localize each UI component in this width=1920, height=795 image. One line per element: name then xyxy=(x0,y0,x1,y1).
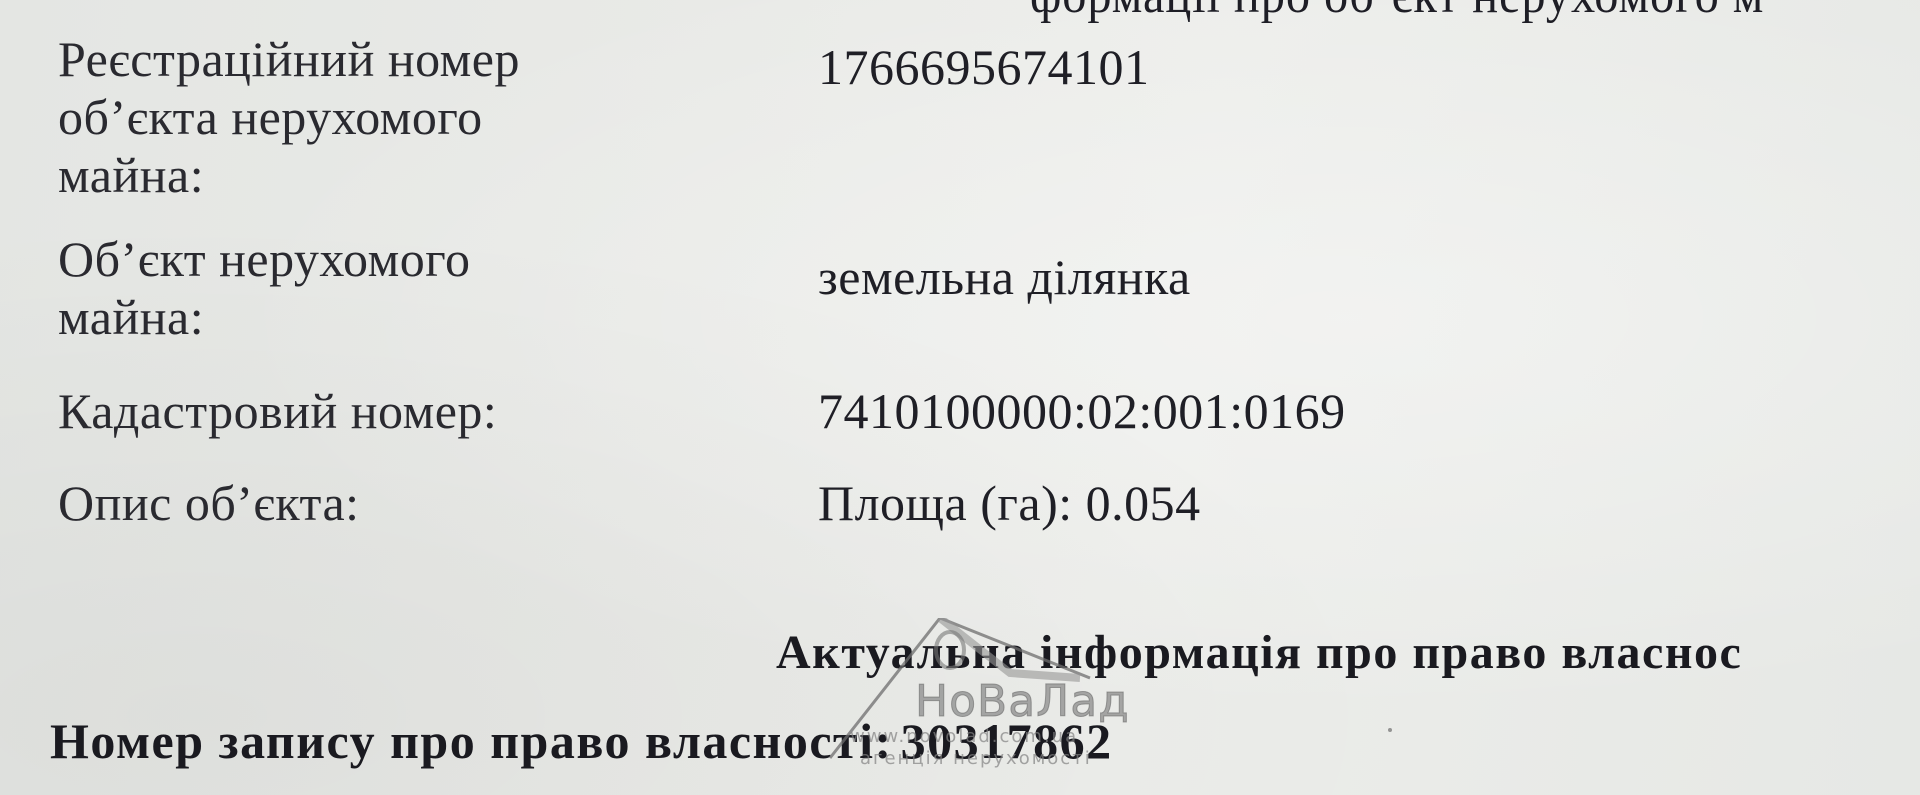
ownership-section-heading: Актуальна інформація про право власнос xyxy=(776,625,1742,680)
ownership-record-number: 30317862 xyxy=(901,713,1113,769)
object-description-label: Опис об’єкта: xyxy=(58,474,360,532)
paper-speck xyxy=(1388,728,1392,732)
registration-number-label: Реєстраційний номер об’єкта нерухомого м… xyxy=(58,30,520,204)
property-object-label-text: Об’єкт нерухомого майна: xyxy=(58,230,470,346)
registration-number-value: 1766695674101 xyxy=(818,38,1150,96)
registration-number-label-text: Реєстраційний номер об’єкта нерухомого м… xyxy=(58,30,520,204)
cut-off-heading: формації про об’єкт нерухомого м xyxy=(1030,0,1764,25)
ownership-record-label: Номер запису про право власності: xyxy=(50,713,893,769)
property-object-value: земельна ділянка xyxy=(818,248,1191,306)
cadastral-number-label: Кадастровий номер: xyxy=(58,382,497,440)
ownership-record-line: Номер запису про право власності:3031786… xyxy=(50,712,1113,770)
property-object-label: Об’єкт нерухомого майна: xyxy=(58,230,470,346)
cadastral-number-value: 7410100000:02:001:0169 xyxy=(818,382,1346,440)
object-description-value: Площа (га): 0.054 xyxy=(818,474,1201,532)
